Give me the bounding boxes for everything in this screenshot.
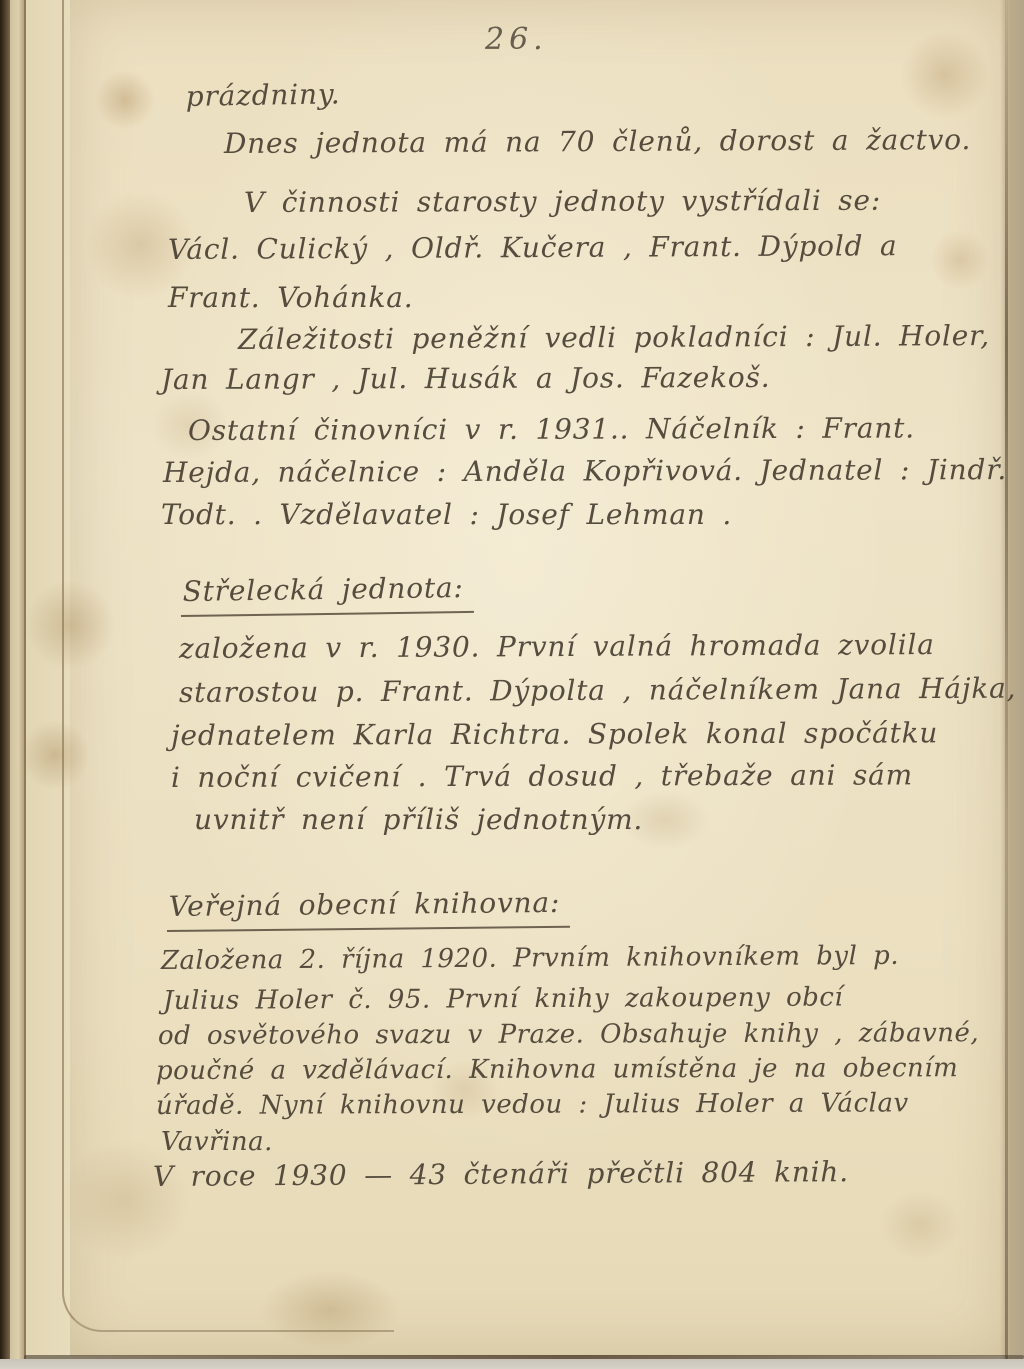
handwritten-line: Ostatní činovníci v r. 1931.. Náčelník :… — [188, 411, 915, 447]
handwritten-line: Dnes jednota má na 70 členů, dorost a ža… — [224, 123, 971, 160]
page-edge-stack — [10, 0, 26, 1369]
handwritten-line: prázdniny. — [185, 77, 340, 113]
handwritten-line: i noční cvičení . Trvá dosud , třebaže a… — [171, 758, 913, 794]
section-heading-knihovna: Veřejná obecní knihovna: — [167, 886, 571, 932]
handwritten-line: Václ. Culický , Oldř. Kučera , Frant. Dý… — [168, 229, 898, 266]
handwritten-line: Jan Langr , Jul. Husák a Jos. Fazekoš. — [161, 361, 771, 396]
handwritten-line: Založena 2. října 1920. Prvním knihovník… — [161, 941, 899, 976]
handwritten-line: uvnitř není příliš jednotným. — [194, 803, 643, 836]
book-binding — [0, 0, 10, 1369]
handwritten-line: založena v r. 1930. První valná hromada … — [179, 628, 935, 665]
handwritten-line: Julius Holer č. 95. První knihy zakoupen… — [163, 982, 843, 1016]
section-heading-strelecka-jednota: Střelecká jednota: — [180, 571, 474, 617]
handwritten-line: Frant. Vohánka. — [168, 281, 413, 314]
scan-bottom-strip — [0, 1359, 1024, 1369]
handwritten-line: poučné a vzdělávací. Knihovna umístěna j… — [156, 1053, 958, 1086]
handwritten-line: starostou p. Frant. Dýpolta , náčelníkem… — [179, 672, 1017, 709]
handwritten-line: Todt. . Vzdělavatel : Josef Lehman . — [161, 498, 732, 531]
scanned-chronicle-page: 26. prázdniny. Dnes jednota má na 70 čle… — [0, 0, 1024, 1369]
handwritten-line: V roce 1930 — 43 čtenáři přečtli 804 kni… — [153, 1155, 849, 1193]
handwritten-line: Záležitosti peněžní vedli pokladníci : J… — [238, 319, 990, 356]
handwritten-line: od osvětového svazu v Praze. Obsahuje kn… — [158, 1018, 979, 1051]
handwritten-line: jednatelem Karla Richtra. Spolek konal s… — [171, 716, 938, 752]
handwritten-line: Hejda, náčelnice : Anděla Kopřivová. Jed… — [163, 453, 1007, 489]
handwritten-line: V činnosti starosty jednoty vystřídali s… — [244, 184, 881, 219]
handwritten-line: Vavřina. — [161, 1127, 273, 1157]
page-number: 26. — [485, 22, 548, 57]
handwritten-line: úřadě. Nyní knihovnu vedou : Julius Hole… — [156, 1088, 909, 1121]
